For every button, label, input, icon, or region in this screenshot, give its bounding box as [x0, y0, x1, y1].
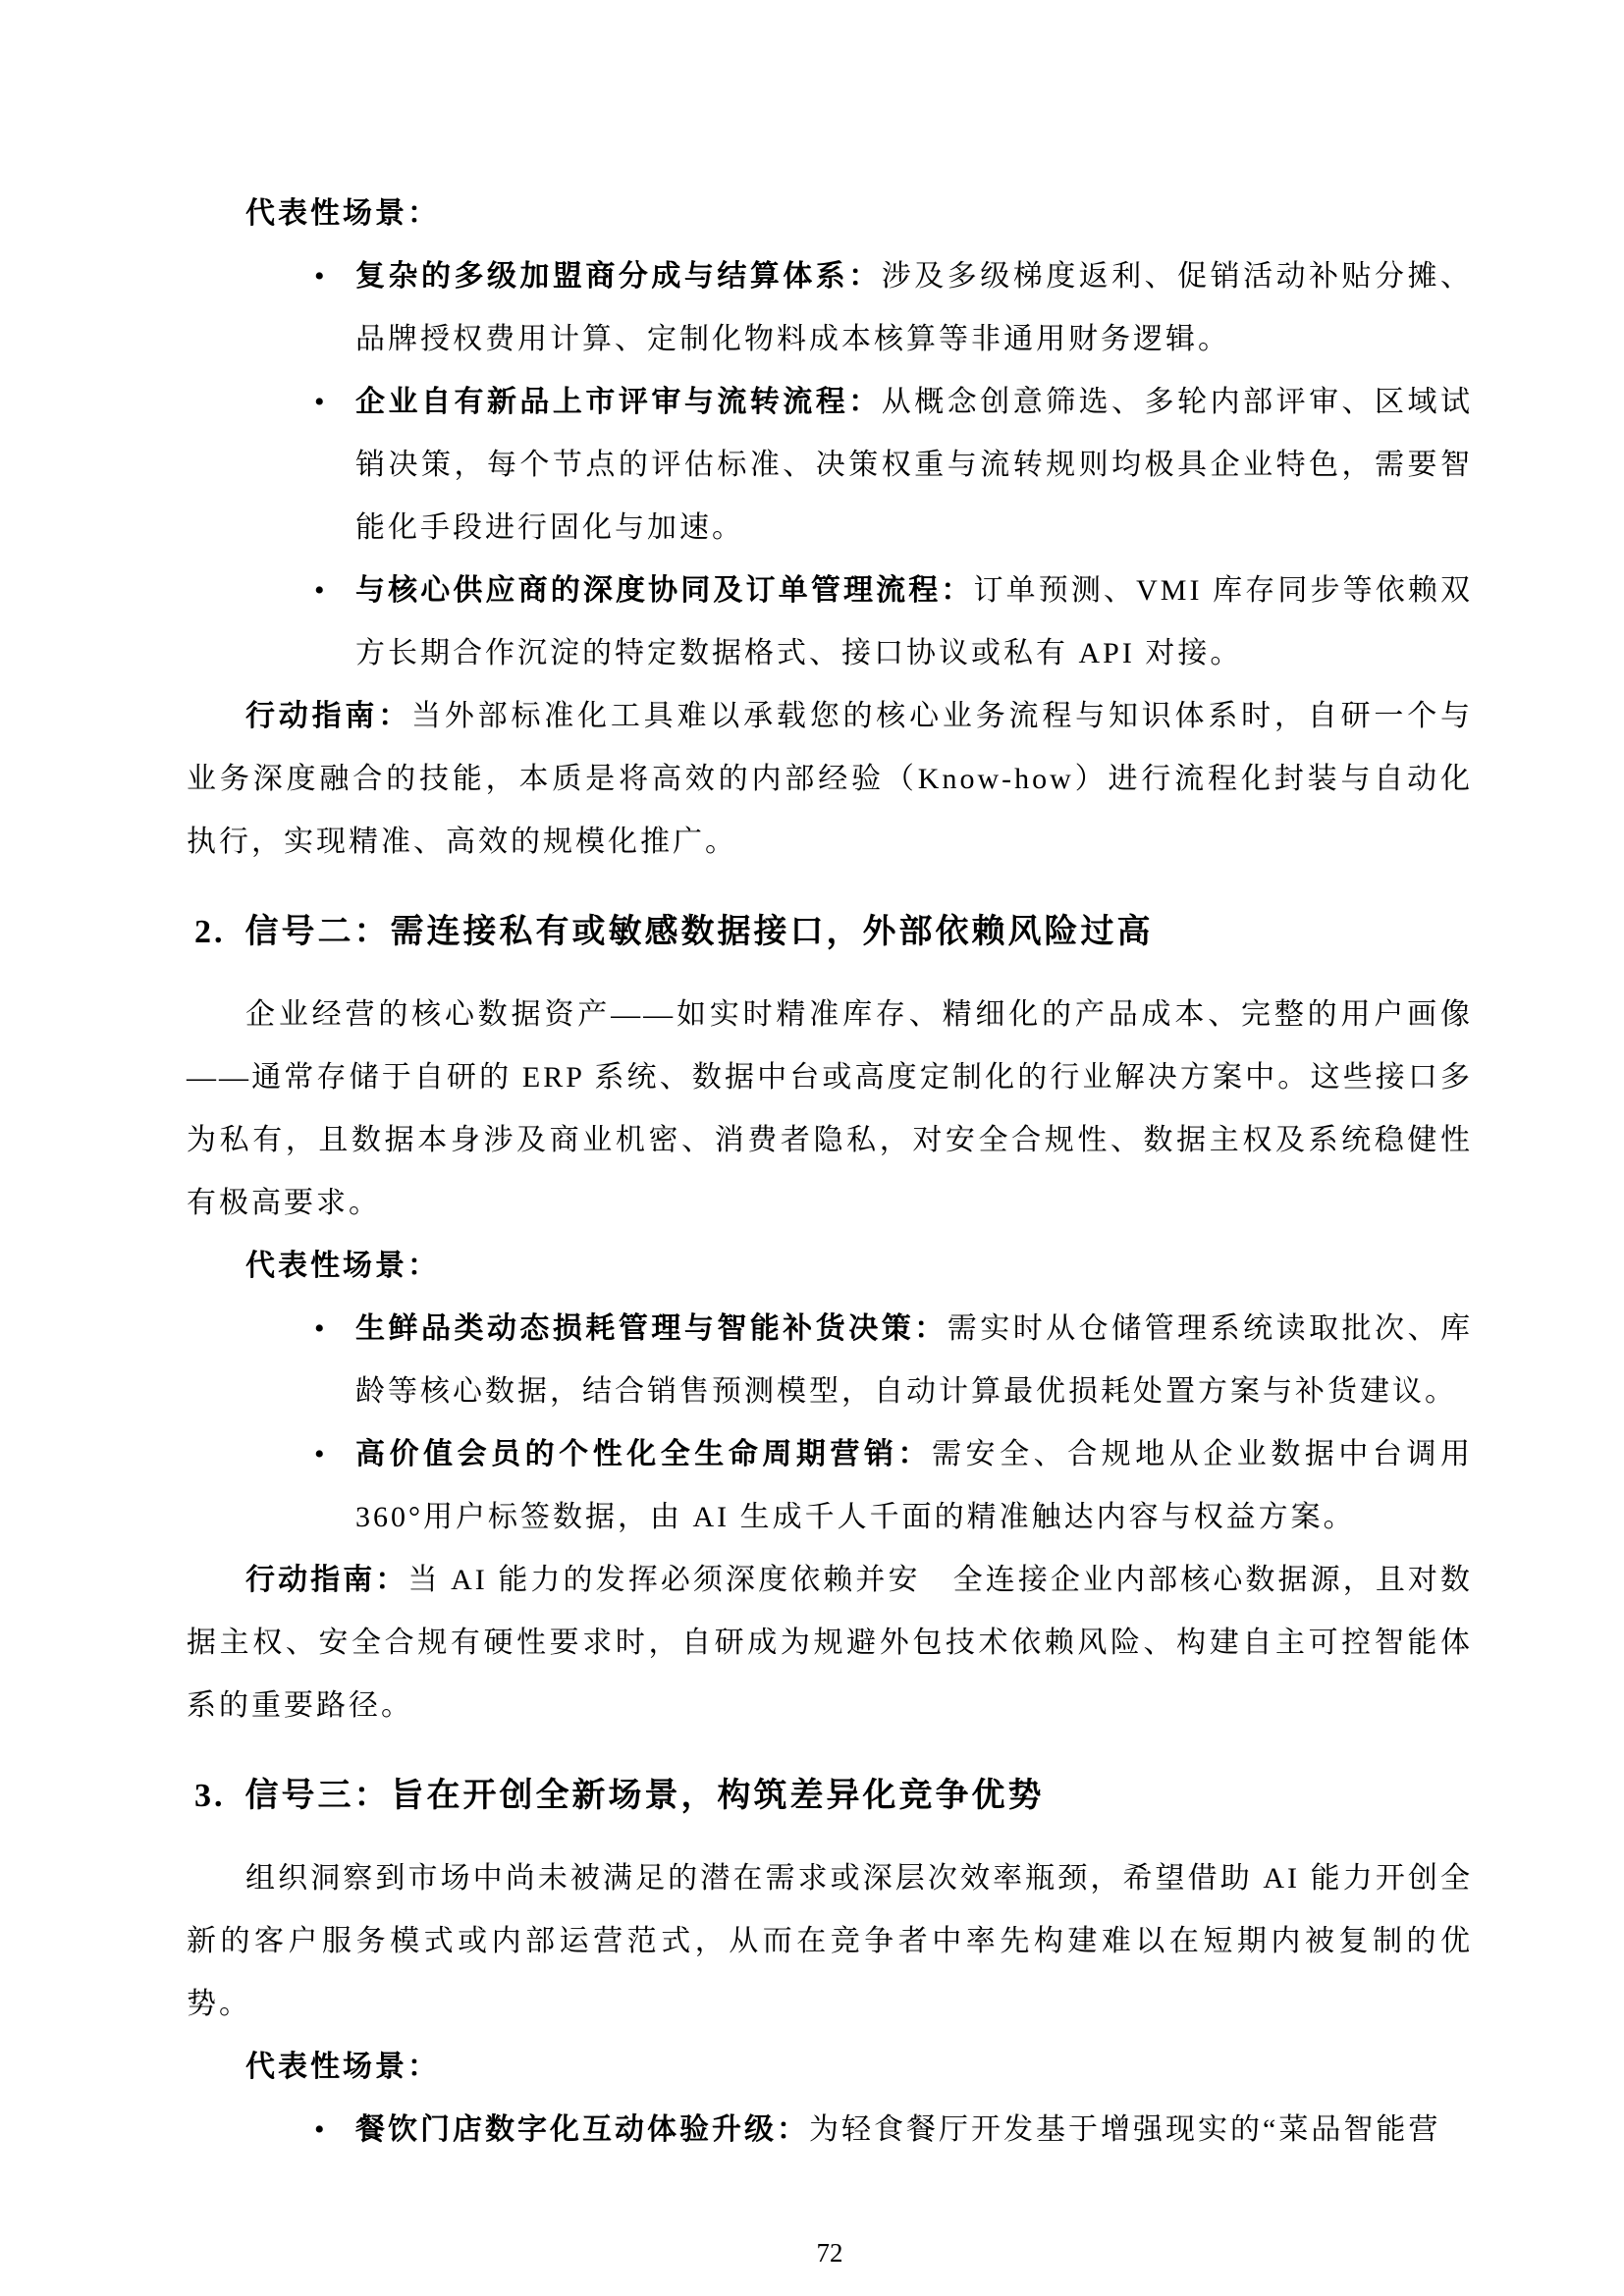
- bullet-icon: •: [314, 371, 355, 560]
- page-content: 代表性场景： • 复杂的多级加盟商分成与结算体系：涉及多级梯度返利、促销活动补贴…: [0, 0, 1624, 2268]
- body-paragraph: 企业经营的核心数据资产——如实时精准库存、精细化的产品成本、完整的用户画像——通…: [187, 984, 1473, 1235]
- action-guide-label: 行动指南：: [245, 1564, 407, 1596]
- list-item-lead: 生鲜品类动态损耗管理与智能补货决策：: [355, 1312, 947, 1345]
- list-item-rest: 为轻食餐厅开发基于增强现实的“菜品智能营: [809, 2113, 1440, 2146]
- list-item: • 与核心供应商的深度协同及订单管理流程：订单预测、VMI 库存同步等依赖双方长…: [187, 560, 1473, 685]
- heading-text: 信号二：需连接私有或敏感数据接口，外部依赖风险过高: [245, 901, 1154, 964]
- scenarios-label: 代表性场景：: [187, 2036, 1473, 2099]
- list-item: • 高价值会员的个性化全生命周期营销：需安全、合规地从企业数据中台调用 360°…: [187, 1423, 1473, 1549]
- page-number: 72: [187, 2238, 1473, 2268]
- scenarios-label: 代表性场景：: [187, 183, 1473, 245]
- list-item-text: 生鲜品类动态损耗管理与智能补货决策：需实时从仓储管理系统读取批次、库龄等核心数据…: [355, 1298, 1473, 1423]
- list-item-lead: 企业自有新品上市评审与流转流程：: [355, 386, 882, 418]
- action-guide-paragraph: 行动指南：当 AI 能力的发挥必须深度依赖并安 全连接企业内部核心数据源，且对数…: [187, 1549, 1473, 1737]
- body-paragraph: 组织洞察到市场中尚未被满足的潜在需求或深层次效率瓶颈，希望借助 AI 能力开创全…: [187, 1847, 1473, 2036]
- bullet-icon: •: [314, 1423, 355, 1549]
- bullet-icon: •: [314, 2099, 355, 2162]
- list-item-text: 复杂的多级加盟商分成与结算体系：涉及多级梯度返利、促销活动补贴分摊、品牌授权费用…: [355, 245, 1473, 371]
- heading-number: 3.: [194, 1765, 226, 1828]
- list-item: • 复杂的多级加盟商分成与结算体系：涉及多级梯度返利、促销活动补贴分摊、品牌授权…: [187, 245, 1473, 371]
- list-item-lead: 餐饮门店数字化互动体验升级：: [355, 2113, 809, 2146]
- list-item-text: 与核心供应商的深度协同及订单管理流程：订单预测、VMI 库存同步等依赖双方长期合…: [355, 560, 1473, 685]
- heading-number: 2.: [194, 901, 226, 964]
- scenarios-label: 代表性场景：: [187, 1235, 1473, 1298]
- list-item-lead: 与核心供应商的深度协同及订单管理流程：: [355, 574, 973, 607]
- list-item-text: 企业自有新品上市评审与流转流程：从概念创意筛选、多轮内部评审、区域试销决策，每个…: [355, 371, 1473, 560]
- heading-text: 信号三：旨在开创全新场景，构筑差异化竞争优势: [245, 1765, 1045, 1828]
- list-item-text: 餐饮门店数字化互动体验升级：为轻食餐厅开发基于增强现实的“菜品智能营: [355, 2099, 1473, 2162]
- bullet-list-2: • 生鲜品类动态损耗管理与智能补货决策：需实时从仓储管理系统读取批次、库龄等核心…: [187, 1298, 1473, 1549]
- list-item: • 餐饮门店数字化互动体验升级：为轻食餐厅开发基于增强现实的“菜品智能营: [187, 2099, 1473, 2162]
- list-item: • 生鲜品类动态损耗管理与智能补货决策：需实时从仓储管理系统读取批次、库龄等核心…: [187, 1298, 1473, 1423]
- action-guide-paragraph: 行动指南：当外部标准化工具难以承载您的核心业务流程与知识体系时，自研一个与业务深…: [187, 685, 1473, 874]
- document-page: 代表性场景： • 复杂的多级加盟商分成与结算体系：涉及多级梯度返利、促销活动补贴…: [0, 0, 1624, 2296]
- section-heading-2: 2. 信号二：需连接私有或敏感数据接口，外部依赖风险过高: [187, 901, 1473, 964]
- list-item-lead: 复杂的多级加盟商分成与结算体系：: [355, 260, 882, 293]
- bullet-icon: •: [314, 245, 355, 371]
- list-item-lead: 高价值会员的个性化全生命周期营销：: [355, 1438, 932, 1470]
- list-item-text: 高价值会员的个性化全生命周期营销：需安全、合规地从企业数据中台调用 360°用户…: [355, 1423, 1473, 1549]
- action-guide-label: 行动指南：: [245, 700, 411, 732]
- bullet-list-1: • 复杂的多级加盟商分成与结算体系：涉及多级梯度返利、促销活动补贴分摊、品牌授权…: [187, 245, 1473, 685]
- section-heading-3: 3. 信号三：旨在开创全新场景，构筑差异化竞争优势: [187, 1765, 1473, 1828]
- bullet-list-3: • 餐饮门店数字化互动体验升级：为轻食餐厅开发基于增强现实的“菜品智能营: [187, 2099, 1473, 2162]
- bullet-icon: •: [314, 560, 355, 685]
- list-item: • 企业自有新品上市评审与流转流程：从概念创意筛选、多轮内部评审、区域试销决策，…: [187, 371, 1473, 560]
- bullet-icon: •: [314, 1298, 355, 1423]
